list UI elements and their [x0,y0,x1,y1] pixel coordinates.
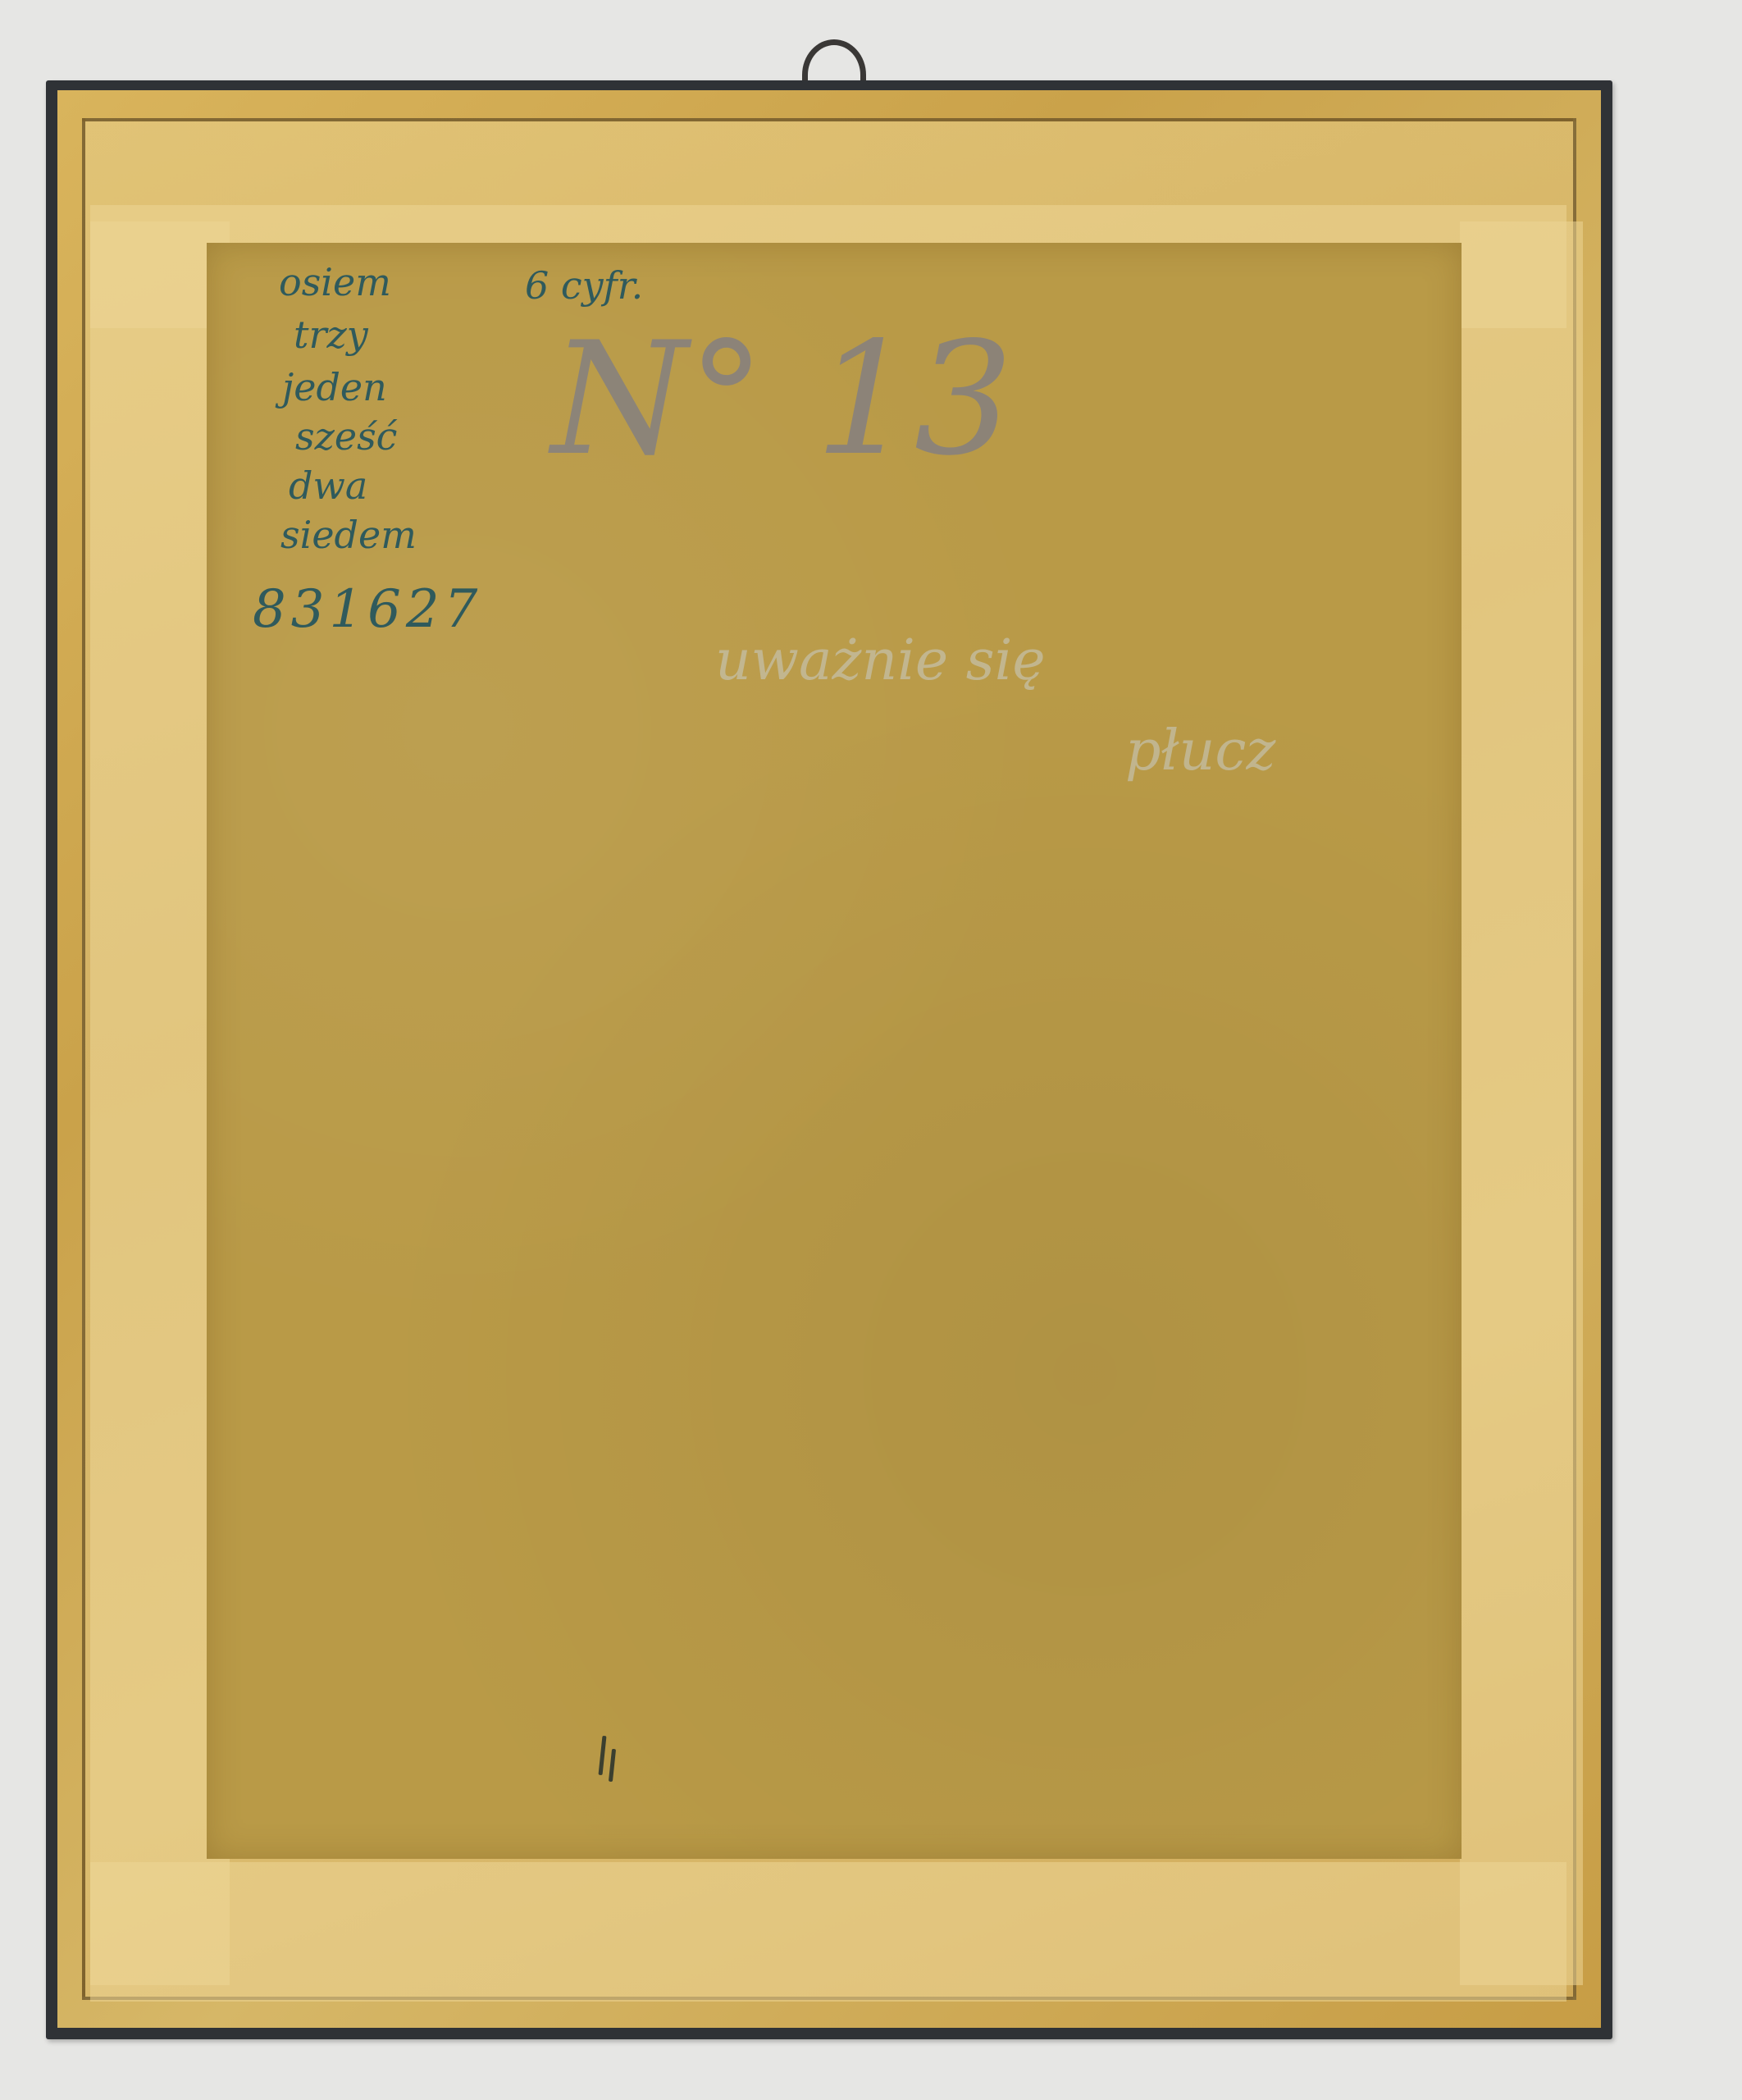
ink-word-szesc: sześć [295,412,397,461]
hardboard-backing: osiem 6 cyfr. trzy jeden sześć dwa siede… [207,243,1462,1859]
photo-scene: osiem 6 cyfr. trzy jeden sześć dwa siede… [0,0,1742,2100]
pencil-note-line-2: płucz [1125,719,1275,783]
paper-tape-right [1460,221,1583,1985]
ink-number: 831627 [253,579,482,640]
ink-word-osiem: osiem [279,258,391,307]
pencil-note-line-1: uważnie się [715,628,1046,693]
paper-tape-bottom [90,1862,1566,2002]
pencil-tick-mark [609,1749,616,1782]
ink-word-dwa: dwa [289,461,367,510]
ink-header-note: 6 cyfr. [525,261,643,310]
pencil-catalog-number: N° 13 [551,308,1013,490]
ink-word-jeden: jeden [282,363,387,412]
pencil-tick-mark [599,1736,607,1775]
ink-word-trzy: trzy [294,310,368,359]
ink-word-siedem: siedem [280,510,417,559]
